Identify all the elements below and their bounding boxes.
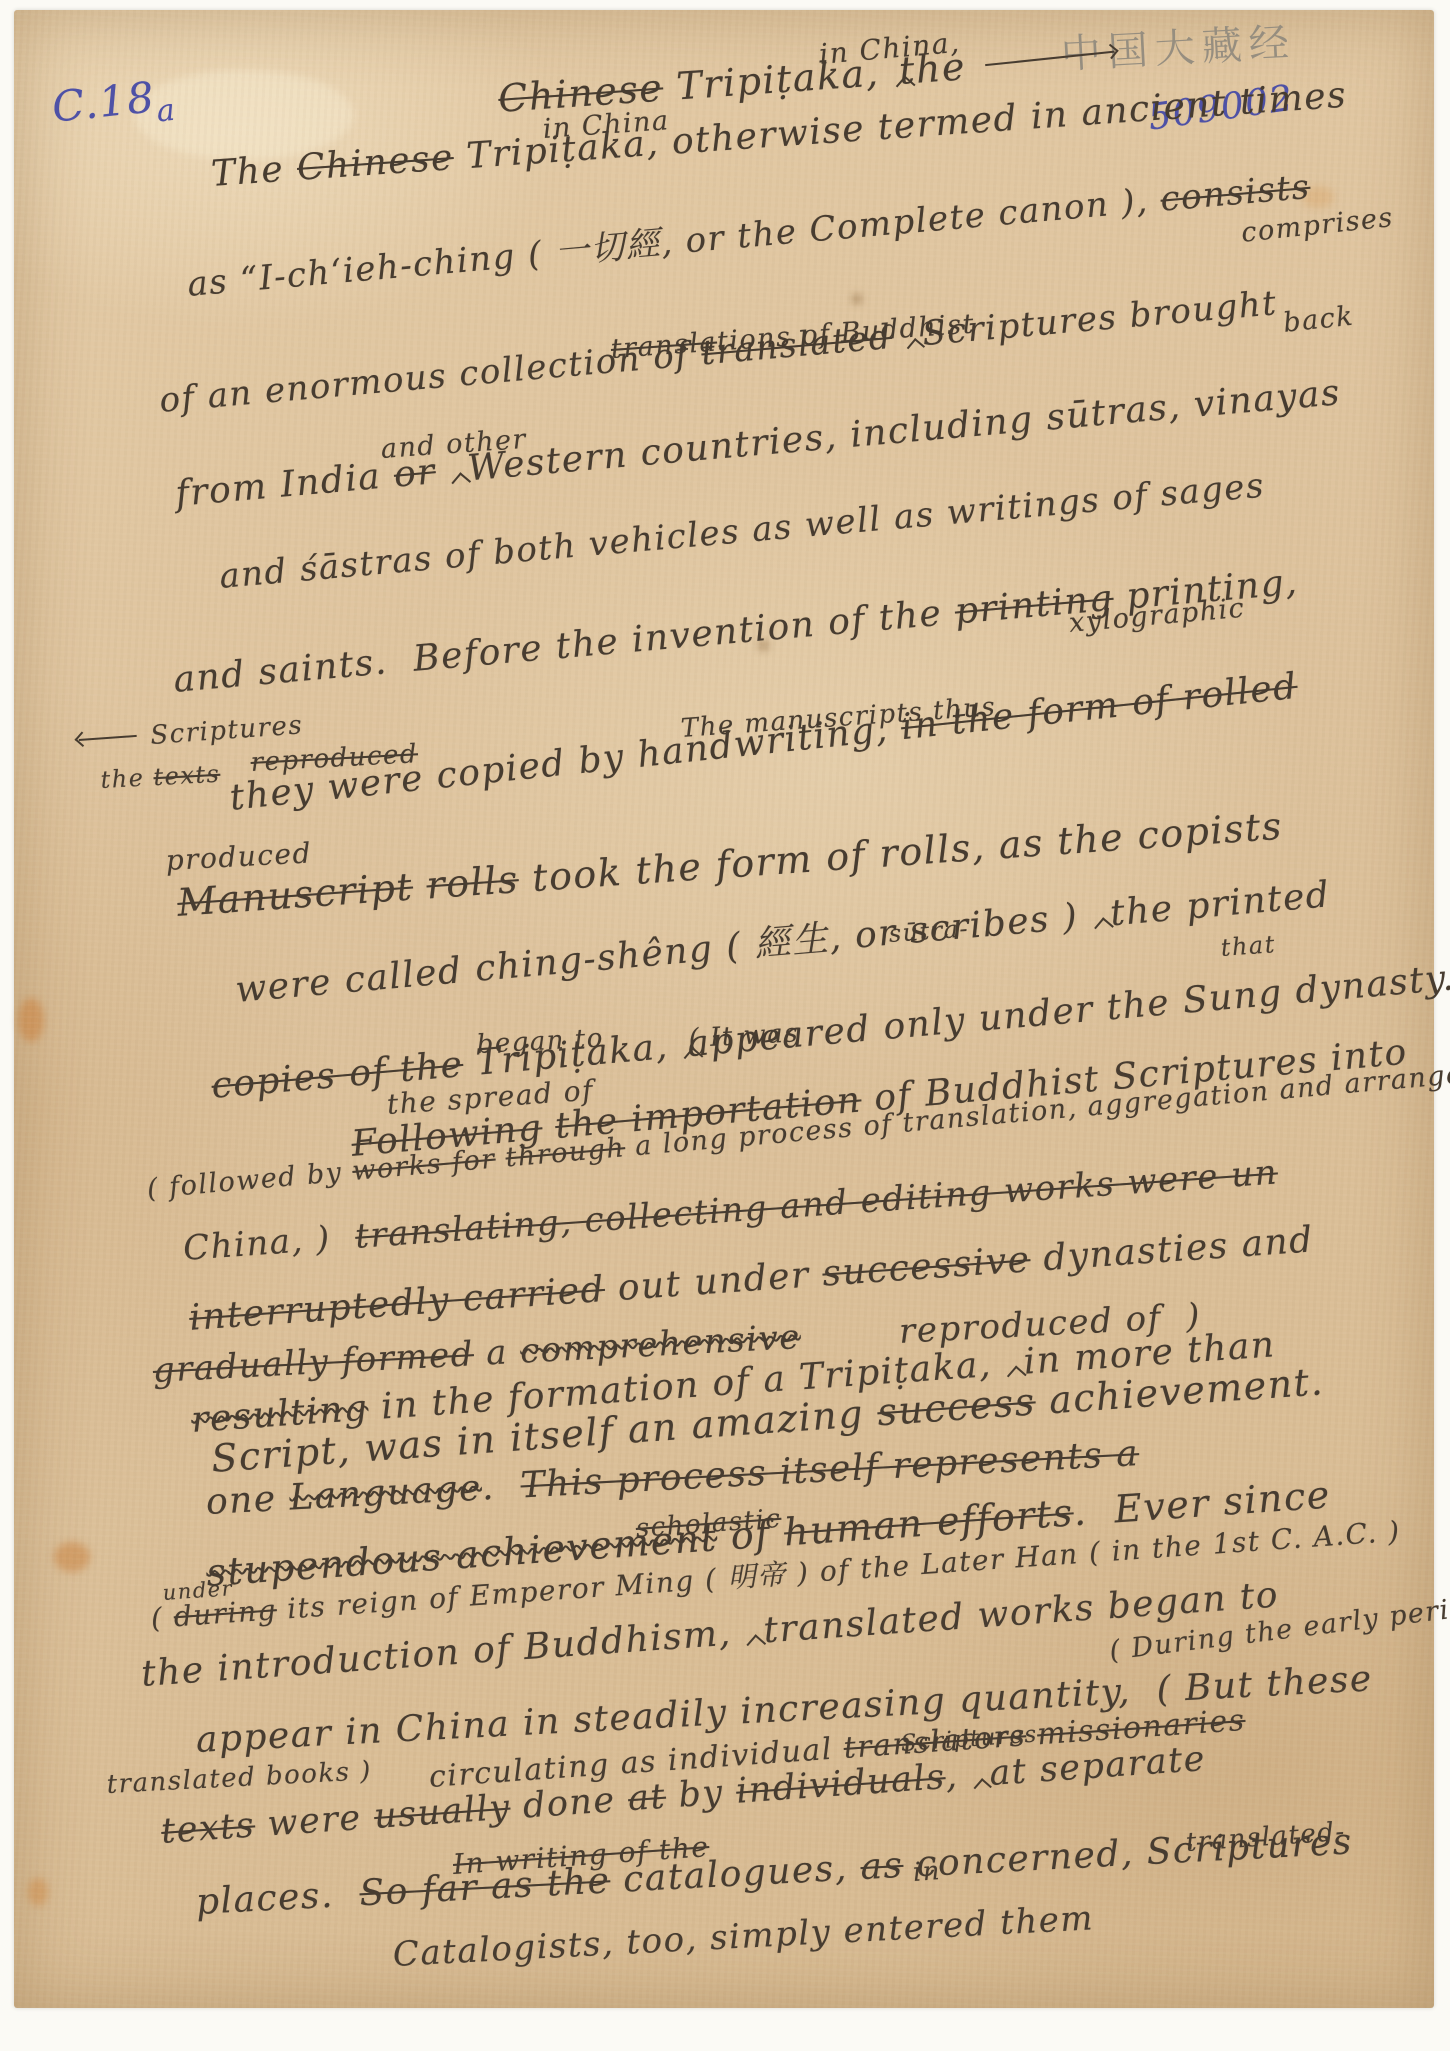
l26: places. So far as the catalogues, as con…: [195, 1823, 1354, 1921]
handwriting-text: texts: [153, 760, 221, 791]
handwriting-text: Chinese: [296, 137, 455, 189]
handwriting-text: dynasties and: [1029, 1219, 1315, 1280]
handwriting-text: as: [859, 1845, 904, 1888]
handwriting-text: (: [150, 1600, 175, 1635]
handwriting-text: China, ): [182, 1217, 357, 1269]
handwriting-text: concerned, Scriptures: [902, 1821, 1353, 1885]
handwriting-text: and saints. Before the invention of the: [172, 592, 957, 701]
handwriting-text: .: [481, 1466, 522, 1509]
right-arrow-icon: [985, 50, 1114, 66]
l3-insert-back: back: [1282, 303, 1355, 339]
handwriting-text: as “I-ch‘ieh-ching ( 一切經, or the Complet…: [186, 180, 1163, 305]
handwriting-text: C.18: [50, 72, 158, 132]
handwriting-text: places.: [195, 1873, 361, 1923]
handwriting-text: interruptedly carried: [188, 1269, 606, 1339]
handwriting-text: a: [155, 93, 178, 130]
handwriting-text: were: [254, 1797, 376, 1845]
handwriting-text: Tripiṭaka,: [662, 50, 881, 109]
handwriting-text: done: [509, 1779, 629, 1827]
handwriting-text: during: [173, 1593, 278, 1633]
handwriting-text: texts: [160, 1805, 257, 1851]
handwriting-text: Catalogists, too, simply entered them: [392, 1898, 1095, 1975]
handwriting-text: a: [473, 1332, 521, 1374]
handwriting-text: the printed: [1096, 874, 1332, 935]
handwriting-text: Language: [288, 1468, 482, 1519]
handwriting-text: ,: [944, 1756, 959, 1797]
handwriting-text: were called ching-shêng ( 經生, or scribes…: [234, 896, 1080, 1011]
page-label: C.18a: [50, 73, 178, 139]
l8-insert: produced: [165, 838, 313, 875]
handwriting-text: one: [205, 1478, 291, 1523]
handwriting-text: produced: [165, 836, 313, 877]
handwriting-text: out under: [603, 1254, 823, 1310]
handwriting-text: from India: [174, 455, 396, 515]
margin-the-texts: the texts: [100, 762, 221, 793]
scanned-manuscript-page: { "annotations": { "page_label": "C.18a"…: [0, 0, 1450, 2051]
l27: Catalogists, too, simply entered them: [392, 1901, 1095, 1973]
handwriting-text: So far as the: [358, 1860, 611, 1914]
handwriting-text: the: [100, 763, 154, 794]
handwriting-text: of an enormous collection of: [158, 334, 703, 421]
handwriting-text: rolls: [425, 857, 520, 907]
handwriting-text: translated books ): [106, 1756, 373, 1800]
handwriting-text: that: [1220, 930, 1277, 962]
handwriting-text: by: [665, 1772, 738, 1817]
handwriting-text: of: [716, 1511, 786, 1560]
l2: as “I-ch‘ieh-ching ( 一切經, or the Complet…: [186, 170, 1312, 304]
handwriting-text: took the form of rolls, as the copists: [517, 804, 1284, 901]
handwriting-text: Scriptures brought: [908, 283, 1279, 355]
handwriting-text: in the form of rolled: [899, 666, 1300, 748]
handwriting-text: printing,: [1112, 562, 1300, 619]
handwriting-text: back: [1282, 301, 1356, 339]
left-arrow-icon: [79, 735, 137, 741]
l23-margin: translated books ): [106, 1758, 373, 1799]
handwriting-text: or: [392, 451, 437, 495]
handwriting-text: The: [210, 148, 299, 195]
l9-insert-that: that: [1220, 932, 1277, 961]
manuscript-lines: C.18a中国大藏经509002in China,Chinese Tripiṭa…: [0, 0, 1450, 2051]
handwriting-text: usually: [373, 1788, 512, 1837]
handwriting-text: successive: [821, 1239, 1032, 1294]
handwriting-text: ( followed by: [146, 1156, 354, 1205]
handwriting-text: at: [627, 1777, 668, 1820]
